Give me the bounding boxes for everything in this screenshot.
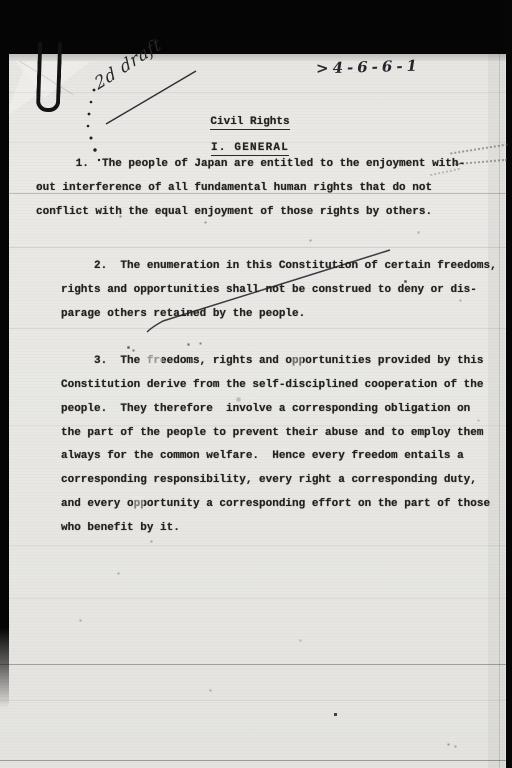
- typed-line: always for the common welfare. Hence eve…: [61, 450, 464, 463]
- typed-line: parage others retained by the people.: [61, 308, 305, 321]
- title-row: Civil Rights: [0, 111, 500, 130]
- section-heading: I. GENERAL: [211, 142, 289, 156]
- typed-line: rights and opportunities shall not be co…: [61, 284, 477, 297]
- typed-line: Constitution derive from the self-discip…: [61, 379, 483, 392]
- typed-line: 1. The people of Japan are entitled to t…: [36, 158, 465, 171]
- scanned-document-page: 2d draft >4-6-6-1 Civil Rights I. GENERA…: [0, 0, 512, 768]
- typed-line: the part of the people to prevent their …: [61, 427, 483, 440]
- typed-line: 3. The freedoms, rights and opportunitie…: [61, 355, 483, 368]
- section-heading-row: I. GENERAL: [0, 137, 500, 156]
- ink-dropout-patch: [146, 353, 162, 366]
- typed-line: corresponding responsibility, every righ…: [61, 474, 477, 487]
- ink-dropout-patch: [133, 496, 144, 509]
- typed-line: conflict with the equal enjoyment of tho…: [36, 206, 432, 219]
- typed-line: 2. The enumeration in this Constitution …: [61, 260, 497, 273]
- typed-line: out interference of all fundamental huma…: [36, 182, 432, 195]
- typed-line: people. They therefore involve a corresp…: [61, 403, 470, 416]
- document-title: Civil Rights: [210, 116, 289, 130]
- dust-specks: [0, 0, 1, 1]
- ink-dropout-patch: [292, 353, 303, 366]
- typed-line: and every opportunity a corresponding ef…: [61, 498, 490, 511]
- typed-line: who benefit by it.: [61, 522, 180, 535]
